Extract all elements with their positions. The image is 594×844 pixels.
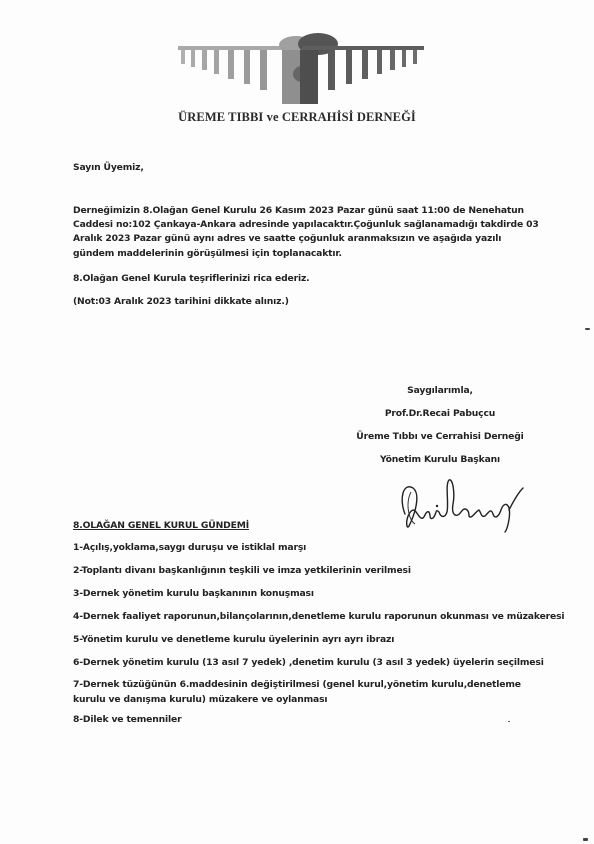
handwritten-signature-icon [395, 474, 530, 534]
closing: Saygılarımla, [340, 385, 540, 396]
association-logo-icon [178, 32, 424, 104]
agenda-item: 6-Dernek yönetim kurulu (13 asıl 7 yedek… [73, 655, 544, 670]
agenda-item: 5-Yönetim kurulu ve denetleme kurulu üye… [73, 632, 394, 647]
agenda-item: 3-Dernek yönetim kurulu başkanının konuş… [73, 586, 314, 601]
organization-name: ÜREME TIBBI ve CERRAHİSİ DERNEĞİ [0, 110, 594, 125]
scan-speck [583, 838, 588, 841]
signatory-title: Yönetim Kurulu Başkanı [340, 454, 540, 465]
agenda-item: 2-Toplantı divanı başkanlığının teşkili … [73, 563, 411, 578]
salutation: Sayın Üyemiz, [73, 160, 144, 175]
agenda-item: 1-Açılış,yoklama,saygı duruşu ve istikla… [73, 540, 306, 555]
scan-speck [585, 328, 590, 330]
agenda-item: 4-Dernek faaliyet raporunun,bilançoların… [73, 609, 564, 624]
agenda-title: 8.OLAĞAN GENEL KURUL GÜNDEMİ [73, 518, 249, 533]
signatory-name: Prof.Dr.Recai Pabuçcu [340, 408, 540, 419]
date-note: (Not:03 Aralık 2023 tarihini dikkate alı… [73, 294, 289, 309]
signatory-organization: Üreme Tıbbı ve Cerrahisi Derneği [340, 431, 540, 442]
agenda-item: 8-Dilek ve temenniler [73, 712, 182, 727]
document-page: ÜREME TIBBI ve CERRAHİSİ DERNEĞİ Sayın Ü… [0, 0, 594, 844]
agenda-item: 7-Dernek tüzüğünün 6.maddesinin değiştir… [73, 678, 543, 707]
scan-speck [508, 721, 510, 722]
letter-body: Derneğimizin 8.Olağan Genel Kurulu 26 Ka… [73, 204, 543, 261]
invitation-line: 8.Olağan Genel Kurula teşriflerinizi ric… [73, 271, 310, 286]
